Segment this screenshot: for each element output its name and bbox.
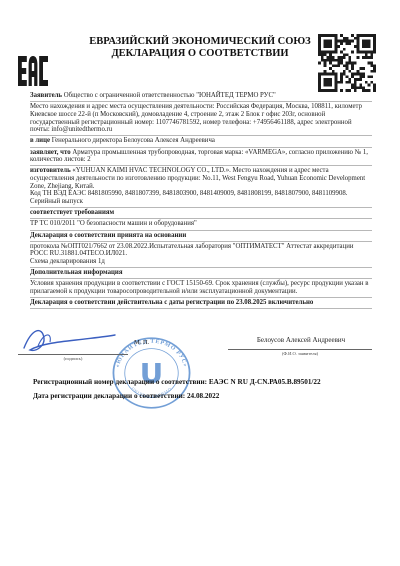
row-basis-header: Декларация о соответствии принята на осн… <box>30 231 372 242</box>
name-line <box>228 349 372 350</box>
manufacturer-hs-codes: Код ТН ВЭД ЕАЭС 8481805990, 8481807399, … <box>30 190 372 198</box>
applicant-value: Общество с ограниченной ответственностью… <box>64 92 276 99</box>
registration-date-line: Дата регистрации декларации о соответств… <box>33 392 372 400</box>
document-type: ДЕКЛАРАЦИЯ О СООТВЕТСТВИИ <box>50 48 350 60</box>
basis-scheme: Схема декларирования 1д <box>30 258 372 266</box>
registration-date-label: Дата регистрации декларации о соответств… <box>33 392 185 400</box>
applicant-address: Место нахождения и адрес места осуществл… <box>30 103 362 133</box>
row-additional-text: Условия хранения продукции в соответстви… <box>30 279 372 298</box>
qr-code-icon <box>318 34 376 92</box>
stamp-place-label: М. П. <box>134 339 149 346</box>
row-complies-text: ТР ТС 010/2011 "О безопасности машин и о… <box>30 219 372 230</box>
declares-label: заявляет, что <box>30 149 71 156</box>
registration-date-value: 24.08.2022 <box>187 392 219 400</box>
document-title: ЕВРАЗИЙСКИЙ ЭКОНОМИЧЕСКИЙ СОЮЗ ДЕКЛАРАЦИ… <box>50 36 350 60</box>
row-applicant: Заявитель Общество с ограниченной ответс… <box>30 91 372 102</box>
applicant-label: Заявитель <box>30 92 62 99</box>
registration-number-label: Регистрационный номер декларации о соотв… <box>33 378 207 386</box>
row-manufacturer: изготовитель «YUHUAN KAIMI HVAC TECHNOLO… <box>30 166 372 208</box>
manufacturer-line1: изготовитель «YUHUAN KAIMI HVAC TECHNOLO… <box>30 167 372 190</box>
declaration-body: Заявитель Общество с ограниченной ответс… <box>30 91 372 309</box>
name-caption: (Ф.И.О. заявителя) <box>228 351 372 356</box>
signature-image <box>18 324 118 354</box>
signature-line <box>18 354 128 355</box>
declaration-document: ЕВРАЗИЙСКИЙ ЭКОНОМИЧЕСКИЙ СОЮЗ ДЕКЛАРАЦИ… <box>0 0 400 566</box>
union-name: ЕВРАЗИЙСКИЙ ЭКОНОМИЧЕСКИЙ СОЮЗ <box>50 36 350 48</box>
in-person-value: Генерального директора Белоусова Алексея… <box>52 137 215 144</box>
in-person-label: в лице <box>30 137 50 144</box>
row-basis-text: протокола №ОПТ021/7662 от 23.08.2022.Исп… <box>30 242 372 269</box>
row-validity: Декларация о соответствии действительна … <box>30 298 372 309</box>
basis-protocol: протокола №ОПТ021/7662 от 23.08.2022.Исп… <box>30 243 372 258</box>
row-complies-header: соответствует требованиям <box>30 208 372 219</box>
manufacturer-label: изготовитель <box>30 167 71 174</box>
manufacturer-serial: Серийный выпуск <box>30 198 372 206</box>
row-in-person: в лице Генерального директора Белоусова … <box>30 136 372 147</box>
manufacturer-value: «YUHUAN KAIMI HVAC TECHNOLOGY CO., LTD.»… <box>30 167 365 189</box>
signatory-name: Белоусов Алексей Андреевич <box>230 336 372 344</box>
registration-number-line: Регистрационный номер декларации о соотв… <box>33 378 372 386</box>
eac-mark-icon <box>18 56 48 86</box>
declares-value: Арматура промышленная трубопроводная, то… <box>30 149 368 164</box>
registration-footer: Регистрационный номер декларации о соотв… <box>33 378 372 406</box>
row-additional-header: Дополнительная информация <box>30 268 372 279</box>
row-declares: заявляет, что Арматура промышленная труб… <box>30 148 372 167</box>
row-applicant-address: Место нахождения и адрес места осуществл… <box>30 102 372 136</box>
signature-caption: (подпись) <box>18 356 128 361</box>
signature-block: (подпись) М. П. Белоусов Алексей Андреев… <box>30 330 372 376</box>
registration-number-value: ЕАЭС N RU Д-CN.РА05.В.89501/22 <box>209 378 321 386</box>
